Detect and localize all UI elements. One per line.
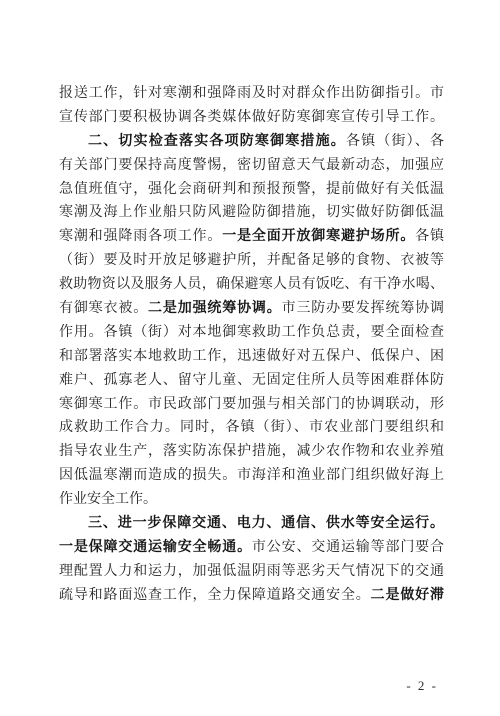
emphasized-text: 二、切实检查落实各项防寒御寒措施。 — [88, 134, 346, 149]
text-line: 作业安全工作。 — [59, 488, 444, 512]
body-text: 宣传部门要积极协调各类媒体做好防寒御寒宣传引导工作。 — [59, 110, 444, 125]
body-text: 报送工作，针对寒潮和强降雨及时对群众作出防御指引。市 — [59, 86, 444, 101]
text-line: 三、进一步保障交通、电力、通信、供水等安全运行。 — [59, 512, 444, 536]
text-line: 二、切实检查落实各项防寒御寒措施。各镇（街）、各 — [59, 130, 444, 154]
body-text: 各镇 — [415, 229, 444, 244]
body-text: 疏导和路面巡查工作，全力保障道路交通安全。 — [59, 588, 371, 603]
text-line: 和部署落实本地救助工作，迅速做好对五保户、低保户、困 — [59, 345, 444, 369]
text-line: 因低温寒潮而造成的损失。市海洋和渔业部门组织做好海上 — [59, 464, 444, 488]
body-text: 因低温寒潮而造成的损失。市海洋和渔业部门组织做好海上 — [59, 468, 444, 483]
page-number: - 2 - — [406, 678, 438, 694]
body-text: 市三防办要发挥统筹协调 — [282, 301, 444, 316]
text-line: 急值班值守，强化会商研判和预报预警，提前做好有关低温 — [59, 178, 444, 202]
text-line: 有关部门要保持高度警惕，密切留意天气最新动态，加强应 — [59, 154, 444, 178]
text-line: 寒御寒工作。市民政部门要加强与相关部门的协调联动，形 — [59, 393, 444, 417]
text-line: 有御寒衣被。二是加强统筹协调。市三防办要发挥统筹协调 — [59, 297, 444, 321]
body-text: 作业安全工作。 — [59, 492, 157, 507]
text-line: 成救助工作合力。同时，各镇（街）、市农业部门要组织和 — [59, 416, 444, 440]
text-line: 一是保障交通运输安全畅通。市公安、交通运输等部门要合 — [59, 536, 444, 560]
body-text: 作用。各镇（街）对本地御寒救助工作负总责，要全面检查 — [59, 325, 444, 340]
body-text: （街）要及时开放足够避护所，并配备足够的食物、衣被等 — [59, 253, 444, 268]
text-line: 宣传部门要积极协调各类媒体做好防寒御寒宣传引导工作。 — [59, 106, 444, 130]
document-body: 报送工作，针对寒潮和强降雨及时对群众作出防御指引。市宣传部门要积极协调各类媒体做… — [59, 82, 444, 608]
emphasized-text: 一是保障交通运输安全畅通。 — [59, 540, 252, 555]
body-text: 和部署落实本地救助工作，迅速做好对五保户、低保户、困 — [59, 349, 444, 364]
body-text: 理配置人力和运力，加强低温阴雨等恶劣天气情况下的交通 — [59, 564, 444, 579]
emphasized-text: 二是加强统筹协调。 — [148, 301, 282, 316]
body-text: 有御寒衣被。 — [59, 301, 148, 316]
body-text: 救助物资以及服务人员，确保避寒人员有饭吃、有干净水喝、 — [59, 277, 444, 292]
body-text: 各镇（街）、各 — [346, 134, 444, 149]
emphasized-text: 二是做好滞 — [371, 588, 444, 603]
body-text: 寒潮及海上作业船只防风避险防御措施，切实做好防御低温 — [59, 205, 444, 220]
body-text: 寒御寒工作。市民政部门要加强与相关部门的协调联动，形 — [59, 397, 444, 412]
emphasized-text: 一是全面开放御寒避护场所。 — [222, 229, 415, 244]
body-text: 急值班值守，强化会商研判和预报预警，提前做好有关低温 — [59, 182, 444, 197]
text-line: 疏导和路面巡查工作，全力保障道路交通安全。二是做好滞 — [59, 584, 444, 608]
body-text: 指导农业生产，落实防冻保护措施，减少农作物和农业养殖 — [59, 444, 444, 459]
text-line: 救助物资以及服务人员，确保避寒人员有饭吃、有干净水喝、 — [59, 273, 444, 297]
body-text: 寒潮和强降雨各项工作。 — [59, 229, 222, 244]
text-line: 作用。各镇（街）对本地御寒救助工作负总责，要全面检查 — [59, 321, 444, 345]
text-line: 寒潮和强降雨各项工作。一是全面开放御寒避护场所。各镇 — [59, 225, 444, 249]
body-text: 难户、孤寡老人、留守儿童、无固定住所人员等困难群体防 — [59, 373, 444, 388]
body-text: 市公安、交通运输等部门要合 — [252, 540, 444, 555]
text-line: （街）要及时开放足够避护所，并配备足够的食物、衣被等 — [59, 249, 444, 273]
emphasized-text: 三、进一步保障交通、电力、通信、供水等安全运行。 — [88, 516, 444, 531]
text-line: 指导农业生产，落实防冻保护措施，减少农作物和农业养殖 — [59, 440, 444, 464]
text-line: 难户、孤寡老人、留守儿童、无固定住所人员等困难群体防 — [59, 369, 444, 393]
body-text: 有关部门要保持高度警惕，密切留意天气最新动态，加强应 — [59, 158, 444, 173]
body-text: 成救助工作合力。同时，各镇（街）、市农业部门要组织和 — [59, 420, 444, 435]
text-line: 报送工作，针对寒潮和强降雨及时对群众作出防御指引。市 — [59, 82, 444, 106]
text-line: 寒潮及海上作业船只防风避险防御措施，切实做好防御低温 — [59, 201, 444, 225]
text-line: 理配置人力和运力，加强低温阴雨等恶劣天气情况下的交通 — [59, 560, 444, 584]
document-page: 报送工作，针对寒潮和强降雨及时对群众作出防御指引。市宣传部门要积极协调各类媒体做… — [0, 0, 500, 716]
